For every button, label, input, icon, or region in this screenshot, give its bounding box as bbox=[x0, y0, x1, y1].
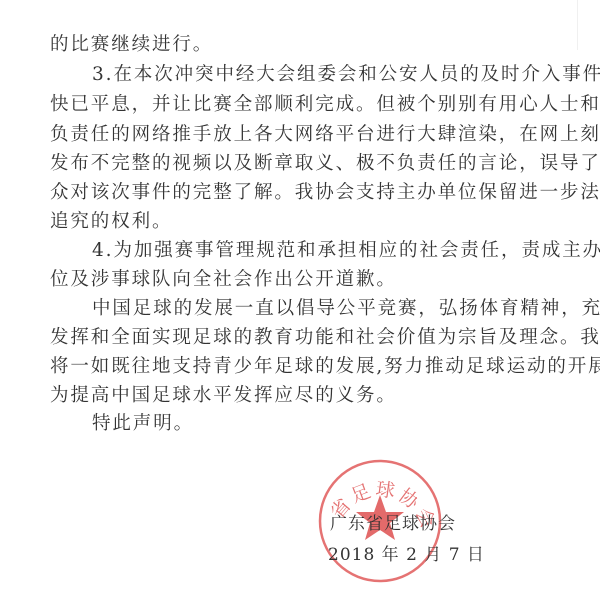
text-line: 发布不完整的视频以及断章取义、极不负责任的言论，误导了公 bbox=[50, 153, 512, 175]
signature-date: 2018 年 2 月 7 日 bbox=[328, 540, 485, 565]
text-line: 快已平息，并让比赛全部顺利完成。但被个别别有用心人士和不 bbox=[50, 94, 512, 116]
text-line: 发挥和全面实现足球的教育功能和社会价值为宗旨及理念。我们 bbox=[50, 327, 512, 349]
text-line: 中国足球的发展一直以倡导公平竞赛，弘扬体育精神，充分 bbox=[92, 298, 554, 320]
text-line: 将一如既往地支持青少年足球的发展,努力推动足球运动的开展, bbox=[50, 356, 512, 378]
text-line: 为提高中国足球水平发挥应尽的义务。 bbox=[50, 385, 512, 407]
text-line: 特此声明。 bbox=[92, 413, 554, 435]
text-line: 众对该次事件的完整了解。我协会支持主办单位保留进一步法律 bbox=[50, 182, 512, 204]
text-line: 负责任的网络推手放上各大网络平台进行大肆渲染，在网上刻意 bbox=[50, 124, 512, 146]
page-edge bbox=[577, 0, 578, 50]
text-line: 4.为加强赛事管理规范和承担相应的社会责任，责成主办单 bbox=[92, 240, 554, 262]
text-line: 3.在本次冲突中经大会组委会和公安人员的及时介入事件很 bbox=[92, 64, 554, 86]
text-line: 追究的权利。 bbox=[50, 211, 512, 233]
document-page: 的比赛继续进行。 3.在本次冲突中经大会组委会和公安人员的及时介入事件很 快已平… bbox=[0, 0, 600, 615]
text-line: 位及涉事球队向全社会作出公开道歉。 bbox=[50, 269, 512, 291]
signature-organization: 广东省足球协会 bbox=[330, 509, 456, 534]
text-line: 的比赛继续进行。 bbox=[50, 34, 512, 56]
